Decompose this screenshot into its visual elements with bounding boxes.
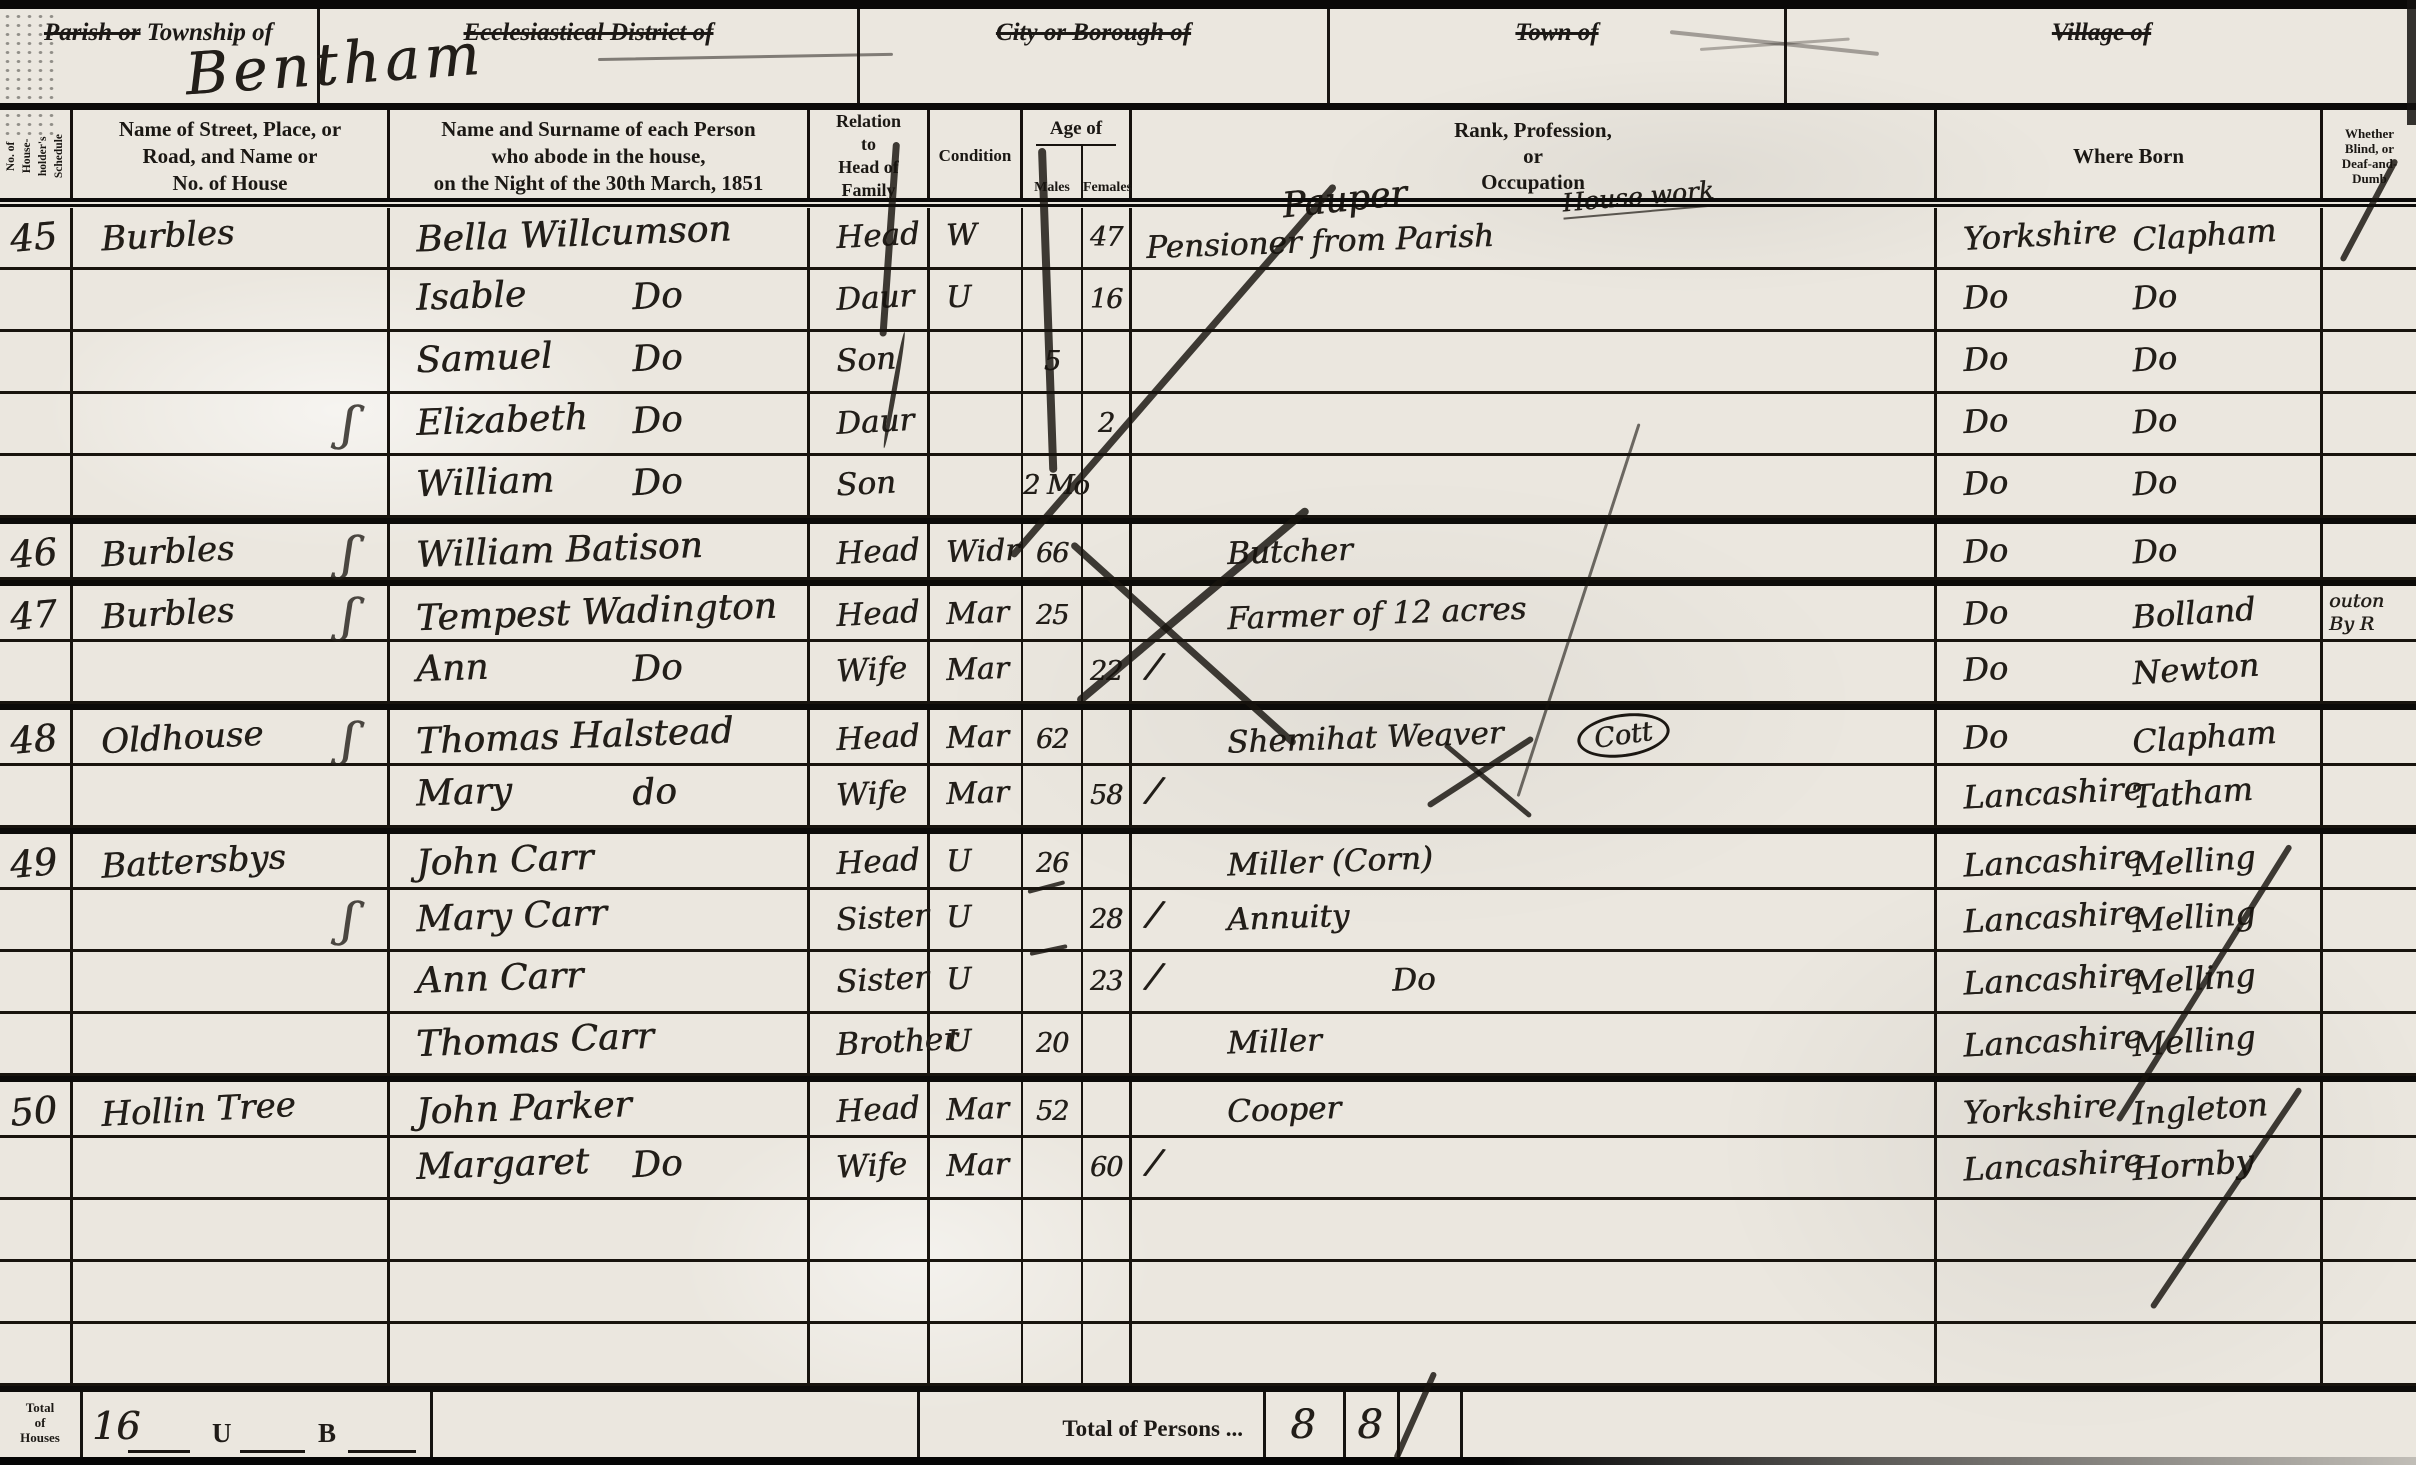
age-females-cell: [1083, 524, 1132, 577]
person-name-cell: Thomas Carr: [390, 1014, 810, 1073]
person-name-cell: Tempest Wadington: [390, 586, 810, 639]
person-name-cell: Ann Carr: [390, 952, 810, 1011]
relation-cell: Head: [810, 586, 930, 639]
where-born-cell: Do Do: [1937, 270, 2323, 329]
condition-cell: Mar: [930, 642, 1023, 701]
condition-cell: [930, 332, 1023, 391]
schedule-cell: [0, 456, 73, 515]
age-females-cell: [1083, 1262, 1132, 1321]
surname-ditto: Do: [631, 399, 684, 443]
occupation-cell: Miller (Corn): [1132, 834, 1937, 887]
tally-tick: /: [1145, 893, 1164, 935]
where-born-cell: Lancashire Hornby: [1937, 1138, 2323, 1197]
header-rule: [0, 103, 2416, 110]
infirmity-cell: [2323, 1324, 2416, 1383]
schedule-cell: 49: [0, 834, 73, 887]
age-females-cell: [1083, 332, 1132, 391]
born-place: Hornby: [2131, 1142, 2255, 1188]
total-persons-label: Total of Persons ...: [917, 1416, 1243, 1442]
person-name: Thomas Halstead: [415, 710, 734, 762]
age-male-value: 25: [1023, 600, 1081, 631]
occupation-cell: / Do: [1132, 952, 1937, 1011]
age-female-value: 16: [1083, 284, 1129, 315]
where-born-cell: Do Clapham: [1937, 710, 2323, 763]
relation-cell: Wife: [810, 766, 930, 825]
relation-cell: Head: [810, 834, 930, 887]
condition-cell: U: [930, 270, 1023, 329]
age-females-cell: 16: [1083, 270, 1132, 329]
person-name-cell: Margaret Do: [390, 1138, 810, 1197]
header-age-females: Females: [1083, 146, 1132, 202]
occupation-cell: Cooper: [1132, 1082, 1937, 1135]
relation-value: Wife: [835, 774, 908, 814]
age-male-value: 2 Mo: [1023, 470, 1081, 501]
age-males-cell: 25: [1023, 586, 1083, 639]
person-name: William: [415, 460, 554, 506]
age-females-cell: [1083, 456, 1132, 515]
occupation-cell: Pauper Pensioner from Parish House work: [1132, 208, 1937, 267]
age-females-cell: [1083, 1082, 1132, 1135]
street-name: Oldhouse: [100, 714, 264, 762]
occupation-cell: [1132, 394, 1937, 453]
condition-value: Mar: [945, 775, 1009, 812]
age-males-cell: 66: [1023, 524, 1083, 577]
table-row: [0, 1262, 2416, 1324]
person-name-cell: [390, 1262, 810, 1321]
check-mark: ʃ: [339, 711, 358, 768]
occupation-value: Miller (Corn): [1226, 840, 1433, 883]
person-name: Samuel: [415, 336, 553, 382]
street-cell: [73, 1014, 390, 1073]
person-name-cell: Thomas Halstead: [390, 710, 810, 763]
table-row: [0, 1324, 2416, 1386]
relation-cell: Sister: [810, 890, 930, 949]
street-cell: [73, 766, 390, 825]
header-name: Name and Surname of each Person who abod…: [390, 110, 810, 202]
relation-cell: Son: [810, 456, 930, 515]
age-male-value: 62: [1023, 724, 1081, 755]
table-row: [0, 1200, 2416, 1262]
street-cell: Burbles: [73, 208, 390, 267]
surname-ditto: Do: [631, 337, 684, 381]
relation-cell: Head: [810, 710, 930, 763]
schedule-cell: 47: [0, 586, 73, 639]
schedule-cell: [0, 394, 73, 453]
age-males-cell: [1023, 270, 1083, 329]
city-section: City or Borough of: [860, 9, 1330, 103]
occupation-cell: [1132, 332, 1937, 391]
where-born-cell: Lancashire Melling: [1937, 890, 2323, 949]
relation-cell: Head: [810, 208, 930, 267]
table-row: 48 Oldhouse ʃ Thomas Halstead Head Mar 6…: [0, 704, 2416, 766]
where-born-cell: Do Do: [1937, 394, 2323, 453]
born-place: Do: [2131, 400, 2178, 441]
born-place: Bolland: [2131, 590, 2257, 637]
village-label: Village of: [2052, 19, 2151, 46]
occupation-value: Cooper: [1226, 1090, 1341, 1130]
occupation-cell: [1132, 1324, 1937, 1383]
condition-cell: [930, 1324, 1023, 1383]
bottom-border-bar: [0, 1457, 2416, 1465]
relation-cell: Son: [810, 332, 930, 391]
born-place: Melling: [2131, 838, 2257, 885]
town-label: Town of: [1515, 19, 1598, 46]
person-name: Mary: [415, 770, 512, 814]
occupation-cell: Butcher: [1132, 524, 1937, 577]
age-males-cell: 20: [1023, 1014, 1083, 1073]
person-name: Bella Willcumson: [415, 209, 732, 261]
condition-cell: Mar: [930, 710, 1023, 763]
occupation-value: Miller: [1226, 1022, 1322, 1061]
condition-cell: [930, 1200, 1023, 1259]
person-name-cell: William Do: [390, 456, 810, 515]
double-rule: [0, 198, 2416, 208]
schedule-number: 45: [8, 214, 59, 261]
table-row: 49 Battersbys John Carr Head U 26 Miller…: [0, 828, 2416, 890]
schedule-cell: [0, 1138, 73, 1197]
table-row: 46 Burbles ʃ William Batison Head Widr 6…: [0, 518, 2416, 580]
relation-cell: Head: [810, 524, 930, 577]
where-born-cell: Lancashire Melling: [1937, 834, 2323, 887]
occupation-value: Butcher: [1226, 532, 1353, 572]
born-county: Lancashire: [1962, 837, 2143, 884]
street-name: Hollin Tree: [100, 1085, 296, 1135]
where-born-cell: Yorkshire Clapham: [1937, 208, 2323, 267]
person-name: Isable: [415, 274, 526, 319]
age-males-cell: 2 Mo: [1023, 456, 1083, 515]
age-females-cell: [1083, 834, 1132, 887]
occupation-cell: [1132, 456, 1937, 515]
age-females-cell: 60: [1083, 1138, 1132, 1197]
occupation-cell: /: [1132, 1138, 1937, 1197]
surname-ditto: Do: [631, 275, 684, 319]
relation-value: Head: [835, 594, 920, 634]
person-name-cell: Isable Do: [390, 270, 810, 329]
street-cell: [73, 456, 390, 515]
schedule-cell: [0, 952, 73, 1011]
street-name: Burbles: [100, 529, 235, 576]
footer-underline: [240, 1450, 305, 1453]
street-cell: [73, 1324, 390, 1383]
relation-value: Head: [835, 216, 920, 256]
infirmity-cell: [2323, 208, 2416, 267]
header-schedule: No. of House- holder's Schedule: [0, 110, 73, 202]
top-border-bar: [0, 0, 2416, 9]
person-name-cell: Mary do: [390, 766, 810, 825]
total-persons-males: 8: [1263, 1402, 1343, 1448]
where-born-cell: [1937, 1324, 2323, 1383]
age-females-cell: [1083, 1200, 1132, 1259]
condition-cell: Widr: [930, 524, 1023, 577]
schedule-cell: [0, 1014, 73, 1073]
footer-divider: [1460, 1392, 1463, 1465]
schedule-number: 48: [8, 716, 59, 763]
occupation-cell: /: [1132, 642, 1937, 701]
scan-edge-artifact: [2407, 0, 2416, 125]
column-headers: No. of House- holder's Schedule Name of …: [0, 110, 2416, 198]
age-males-cell: 62: [1023, 710, 1083, 763]
person-name-cell: William Batison: [390, 524, 810, 577]
total-houses-label: Total of Houses: [3, 1400, 77, 1445]
occupation-cell: [1132, 1262, 1937, 1321]
born-place: Do: [2131, 462, 2178, 503]
relation-cell: [810, 1324, 930, 1383]
schedule-cell: 48: [0, 710, 73, 763]
age-males-cell: [1023, 952, 1083, 1011]
born-county: Do: [1962, 717, 2009, 757]
street-name: Burbles: [100, 213, 235, 260]
table-row: ʃ Elizabeth Do Daur 2 Do Do: [0, 394, 2416, 456]
table-row: ʃ Mary Carr Sister U 28 / Annuity Lancas…: [0, 890, 2416, 952]
street-cell: Burbles ʃ: [73, 524, 390, 577]
relation-cell: Wife: [810, 642, 930, 701]
occupation-cell: [1132, 270, 1937, 329]
relation-cell: [810, 1262, 930, 1321]
header-age-title: Age of: [1036, 110, 1117, 146]
header-where-born: Where Born: [1937, 110, 2323, 202]
where-born-cell: Lancashire Tatham: [1937, 766, 2323, 825]
age-females-cell: [1083, 586, 1132, 639]
age-males-cell: 52: [1023, 1082, 1083, 1135]
age-male-value: 26: [1023, 848, 1081, 879]
check-mark: ʃ: [339, 587, 358, 644]
table-row: Ann Do Wife Mar 22 / Do Newton: [0, 642, 2416, 704]
total-houses-value: 16: [92, 1404, 140, 1448]
infirmity-cell: [2323, 1082, 2416, 1135]
table-row: William Do Son 2 Mo Do Do: [0, 456, 2416, 518]
age-females-cell: 22: [1083, 642, 1132, 701]
street-cell: [73, 1200, 390, 1259]
schedule-cell: [0, 766, 73, 825]
condition-cell: Mar: [930, 766, 1023, 825]
relation-value: Sister: [835, 960, 929, 1001]
born-county: Lancashire: [1962, 1017, 2143, 1064]
born-county: Yorkshire: [1962, 212, 2118, 258]
street-cell: [73, 642, 390, 701]
person-name: Thomas Carr: [415, 1016, 654, 1065]
infirmity-cell: [2323, 710, 2416, 763]
age-male-value: 20: [1023, 1028, 1081, 1059]
where-born-cell: [1937, 1200, 2323, 1259]
schedule-cell: 45: [0, 208, 73, 267]
condition-cell: Mar: [930, 1138, 1023, 1197]
relation-cell: Head: [810, 1082, 930, 1135]
occupation-value: Annuity: [1226, 898, 1349, 938]
condition-cell: [930, 1262, 1023, 1321]
condition-cell: W: [930, 208, 1023, 267]
relation-cell: Daur: [810, 394, 930, 453]
person-name: John Parker: [415, 1084, 632, 1132]
person-name: Elizabeth: [415, 397, 588, 444]
header-street: Name of Street, Place, or Road, and Name…: [73, 110, 390, 202]
infirmity-cell: [2323, 1262, 2416, 1321]
schedule-cell: 50: [0, 1082, 73, 1135]
margin-note-line2: By R: [2329, 613, 2416, 636]
schedule-cell: [0, 332, 73, 391]
born-county: Lancashire: [1962, 893, 2143, 940]
condition-value: U: [945, 844, 972, 880]
condition-value: U: [945, 900, 972, 936]
age-female-value: 47: [1083, 222, 1129, 253]
condition-cell: Mar: [930, 1082, 1023, 1135]
age-females-cell: 23: [1083, 952, 1132, 1011]
table-row: Isable Do Daur U 16 Do Do: [0, 270, 2416, 332]
born-place: Do: [2131, 338, 2178, 379]
person-name: John Carr: [415, 837, 594, 884]
where-born-cell: [1937, 1262, 2323, 1321]
person-name-cell: Bella Willcumson: [390, 208, 810, 267]
person-name: Mary Carr: [415, 893, 607, 941]
surname-ditto: Do: [631, 1143, 684, 1187]
totals-band: Total of Houses 16 U B Total of Persons …: [0, 1386, 2416, 1465]
surname-ditto: Do: [631, 461, 684, 505]
street-cell: Burbles ʃ: [73, 586, 390, 639]
uninhabited-label: U: [212, 1418, 232, 1449]
condition-value: Mar: [945, 719, 1009, 756]
schedule-number: 47: [8, 592, 59, 639]
street-cell: [73, 1262, 390, 1321]
header-age: Age of Males Females: [1023, 110, 1132, 202]
relation-value: Head: [835, 842, 920, 882]
person-name-cell: Ann Do: [390, 642, 810, 701]
check-mark: ʃ: [339, 395, 358, 452]
infirmity-cell: [2323, 456, 2416, 515]
infirmity-cell: [2323, 1014, 2416, 1073]
age-males-cell: 5: [1023, 332, 1083, 391]
person-name: Tempest Wadington: [415, 586, 777, 640]
infirmity-cell: [2323, 834, 2416, 887]
relation-value: Son: [835, 464, 897, 503]
where-born-cell: Do Do: [1937, 524, 2323, 577]
infirmity-cell: [2323, 1138, 2416, 1197]
footer-divider: [1397, 1392, 1400, 1465]
born-county: Do: [1962, 649, 2009, 689]
street-cell: ʃ: [73, 394, 390, 453]
schedule-cell: [0, 1324, 73, 1383]
condition-value: U: [945, 962, 972, 998]
age-females-cell: [1083, 710, 1132, 763]
street-cell: Hollin Tree: [73, 1082, 390, 1135]
condition-value: Widr: [945, 533, 1020, 571]
age-males-cell: [1023, 1262, 1083, 1321]
infirmity-cell: [2323, 642, 2416, 701]
born-county: Do: [1962, 463, 2009, 503]
person-name-cell: Mary Carr: [390, 890, 810, 949]
street-cell: Oldhouse ʃ: [73, 710, 390, 763]
person-name: Ann Carr: [415, 955, 584, 1002]
footer-divider: [430, 1392, 433, 1465]
born-county: Do: [1962, 401, 2009, 441]
tally-tick: /: [1145, 1141, 1164, 1183]
occupation-value: Shemihat Weaver: [1226, 715, 1504, 761]
where-born-cell: Lancashire Melling: [1937, 952, 2323, 1011]
born-place: Do: [2131, 530, 2178, 571]
person-name: Ann: [415, 647, 489, 691]
schedule-cell: [0, 1262, 73, 1321]
occupation-value: Do: [1391, 961, 1436, 998]
header-age-males: Males: [1023, 146, 1083, 202]
born-place: Melling: [2131, 956, 2257, 1003]
street-name: Battersbys: [100, 837, 287, 887]
condition-cell: U: [930, 890, 1023, 949]
footer-underline: [348, 1450, 416, 1453]
born-county: Do: [1962, 531, 2009, 571]
table-row: 47 Burbles ʃ Tempest Wadington Head Mar …: [0, 580, 2416, 642]
table-row: 45 Burbles Bella Willcumson Head W 47 Pa…: [0, 208, 2416, 270]
age-females-cell: 2: [1083, 394, 1132, 453]
relation-value: Wife: [835, 650, 908, 690]
condition-value: Mar: [945, 651, 1009, 688]
person-name: Margaret: [415, 1141, 589, 1188]
born-county: Do: [1962, 277, 2009, 317]
person-name-cell: John Parker: [390, 1082, 810, 1135]
infirmity-cell: [2323, 394, 2416, 453]
infirmity-cell: [2323, 332, 2416, 391]
age-male-value: 5: [1023, 346, 1081, 377]
condition-value: U: [945, 280, 972, 316]
relation-value: Son: [835, 340, 897, 379]
table-body: 45 Burbles Bella Willcumson Head W 47 Pa…: [0, 208, 2416, 1386]
condition-cell: U: [930, 1014, 1023, 1073]
tally-tick: /: [1145, 645, 1164, 687]
street-cell: [73, 952, 390, 1011]
schedule-cell: [0, 642, 73, 701]
street-name: Burbles: [100, 591, 235, 638]
table-row: Samuel Do Son 5 Do Do: [0, 332, 2416, 394]
relation-cell: Daur: [810, 270, 930, 329]
born-place: Melling: [2131, 894, 2257, 941]
infirmity-cell: [2323, 524, 2416, 577]
condition-value: Mar: [945, 595, 1009, 632]
street-cell: [73, 1138, 390, 1197]
footer-underline: [128, 1450, 190, 1453]
footer-divider: [80, 1392, 83, 1465]
table-row: Margaret Do Wife Mar 60 / Lancashire Hor…: [0, 1138, 2416, 1200]
header-relation: Relation to Head of Family: [810, 110, 930, 202]
relation-cell: Sister: [810, 952, 930, 1011]
city-label: City or Borough of: [996, 19, 1191, 46]
infirmity-cell: [2323, 1200, 2416, 1259]
where-born-cell: Lancashire Melling: [1937, 1014, 2323, 1073]
total-persons-females: 8: [1343, 1402, 1397, 1448]
relation-cell: [810, 1200, 930, 1259]
age-female-value: 58: [1083, 780, 1129, 811]
age-males-cell: [1023, 394, 1083, 453]
relation-cell: Brother: [810, 1014, 930, 1073]
born-place: Newton: [2131, 646, 2260, 693]
born-place: Ingleton: [2131, 1085, 2269, 1132]
person-name-cell: [390, 1324, 810, 1383]
relation-value: Sister: [835, 898, 929, 939]
where-born-cell: Do Bolland: [1937, 586, 2323, 639]
age-female-value: 22: [1083, 656, 1129, 687]
header-infirmity: Whether Blind, or Deaf-and- Dumb: [2323, 110, 2416, 202]
age-females-cell: [1083, 1324, 1132, 1383]
age-males-cell: [1023, 890, 1083, 949]
surname-ditto: Do: [631, 647, 684, 691]
village-section: Village of: [1787, 9, 2416, 103]
born-place: Do: [2131, 276, 2178, 317]
age-male-value: 52: [1023, 1096, 1081, 1127]
infirmity-cell: outon By R: [2323, 586, 2416, 639]
infirmity-cell: [2323, 270, 2416, 329]
occupation-cell: Miller: [1132, 1014, 1937, 1073]
census-page: Parish or Township of Ecclesiastical Dis…: [0, 0, 2416, 1465]
age-males-cell: 26: [1023, 834, 1083, 887]
age-males-cell: [1023, 1138, 1083, 1197]
condition-cell: [930, 394, 1023, 453]
age-males-cell: [1023, 642, 1083, 701]
